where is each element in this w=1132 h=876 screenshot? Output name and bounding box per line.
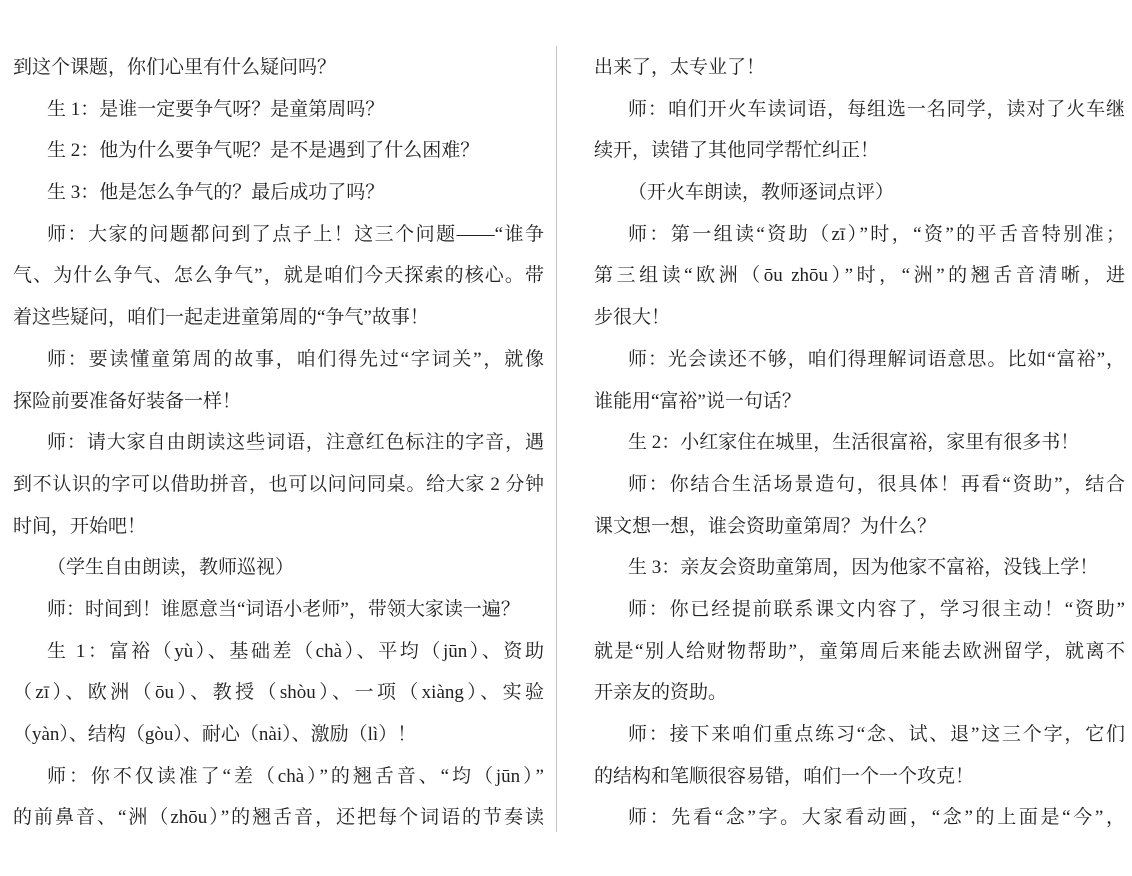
- text-line: （yàn）、结构（gòu）、耐心（nài）、激励（lì）！: [13, 714, 544, 756]
- text-line: 师：你结合生活场景造句，很具体！再看“资助”，结合: [594, 464, 1125, 506]
- text-line: 着这些疑问，咱们一起走进童第周的“争气”故事！: [13, 297, 544, 339]
- text-line: 到不认识的字可以借助拼音，也可以问问同桌。给大家 2 分钟: [13, 464, 544, 506]
- text-line: 生 2：小红家住在城里，生活很富裕，家里有很多书！: [594, 422, 1125, 464]
- text-line: 续开，读错了其他同学帮忙纠正！: [594, 130, 1125, 172]
- text-line: 探险前要准备好装备一样！: [13, 381, 544, 423]
- text-line: 谁能用“富裕”说一句话？: [594, 381, 1125, 423]
- text-line: 师：咱们开火车读词语，每组选一名同学，读对了火车继: [594, 89, 1125, 131]
- text-line: 气、为什么争气、怎么争气”，就是咱们今天探索的核心。带: [13, 255, 544, 297]
- text-line: 生 3：他是怎么争气的？最后成功了吗？: [13, 172, 544, 214]
- text-line: 师：时间到！谁愿意当“词语小老师”，带领大家读一遍？: [13, 589, 544, 631]
- text-line: 师：请大家自由朗读这些词语，注意红色标注的字音，遇: [13, 422, 544, 464]
- text-line: 师：要读懂童第周的故事，咱们得先过“字词关”，就像: [13, 339, 544, 381]
- text-line: 到这个课题，你们心里有什么疑问吗？: [13, 47, 544, 89]
- text-line: 出来了，太专业了！: [594, 47, 1125, 89]
- right-column: 出来了，太专业了！师：咱们开火车读词语，每组选一名同学，读对了火车继续开，读错了…: [594, 47, 1125, 839]
- text-line: 课文想一想，谁会资助童第周？为什么？: [594, 506, 1125, 548]
- text-line: 的结构和笔顺很容易错，咱们一个一个攻克！: [594, 756, 1125, 798]
- text-line: 步很大！: [594, 297, 1125, 339]
- text-line: （开火车朗读，教师逐词点评）: [594, 172, 1125, 214]
- document-page: 到这个课题，你们心里有什么疑问吗？生 1：是谁一定要争气呀？是童第周吗？生 2：…: [0, 0, 1132, 876]
- text-line: 师：你不仅读准了“差（chà）”的翘舌音、“均（jūn）”: [13, 756, 544, 798]
- text-line: 师：光会读还不够，咱们得理解词语意思。比如“富裕”，: [594, 339, 1125, 381]
- text-line: 生 2：他为什么要争气呢？是不是遇到了什么困难？: [13, 130, 544, 172]
- text-line: 师：接下来咱们重点练习“念、试、退”这三个字，它们: [594, 714, 1125, 756]
- left-column: 到这个课题，你们心里有什么疑问吗？生 1：是谁一定要争气呀？是童第周吗？生 2：…: [13, 47, 544, 839]
- column-divider: [556, 46, 557, 832]
- text-line: 生 1：是谁一定要争气呀？是童第周吗？: [13, 89, 544, 131]
- text-line: 师：先看“念”字。大家看动画，“念”的上面是“今”，: [594, 797, 1125, 839]
- text-line: （zī）、欧洲（ōu）、教授（shòu）、一项（xiàng）、实验: [13, 672, 544, 714]
- text-line: 师：你已经提前联系课文内容了，学习很主动！“资助”: [594, 589, 1125, 631]
- text-line: 生 1：富裕（yù）、基础差（chà）、平均（jūn）、资助: [13, 631, 544, 673]
- text-line: 生 3：亲友会资助童第周，因为他家不富裕，没钱上学！: [594, 547, 1125, 589]
- text-line: 就是“别人给财物帮助”，童第周后来能去欧洲留学，就离不: [594, 631, 1125, 673]
- text-line: 开亲友的资助。: [594, 672, 1125, 714]
- text-line: 师：大家的问题都问到了点子上！这三个问题——“谁争: [13, 214, 544, 256]
- text-line: 师：第一组读“资助（zī）”时，“资”的平舌音特别准；: [594, 214, 1125, 256]
- text-line: （学生自由朗读，教师巡视）: [13, 547, 544, 589]
- text-line: 的前鼻音、“洲（zhōu）”的翘舌音，还把每个词语的节奏读: [13, 797, 544, 839]
- text-line: 第三组读“欧洲（ōu zhōu）”时，“洲”的翘舌音清晰，进: [594, 255, 1125, 297]
- text-line: 时间，开始吧！: [13, 506, 544, 548]
